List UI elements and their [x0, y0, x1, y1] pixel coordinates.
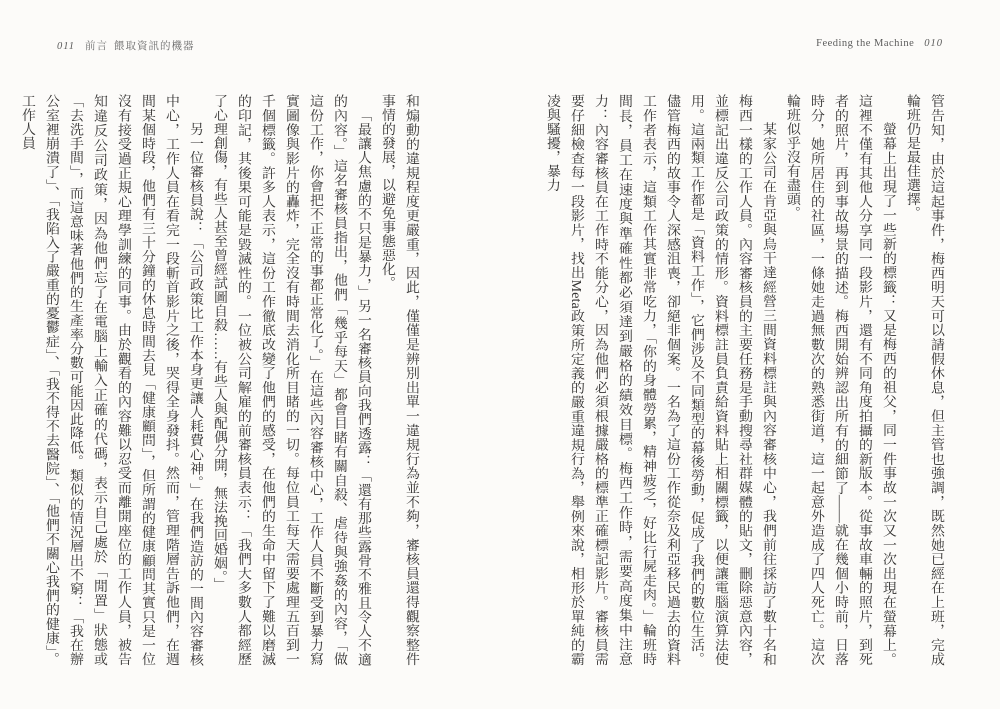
page-number-right: 010: [924, 38, 943, 49]
paragraph: 另一位審核員說：「公司政策比工作本身更讓人耗費心神。」在我們造訪的一間內容審核中…: [14, 94, 206, 666]
paragraph: 「最讓人焦慮的不只是暴力，」另一名審核員向我們透露：「還有那些露骨不雅且令人不適…: [206, 94, 374, 666]
page-number-left: 011: [57, 41, 75, 52]
book-spread: 011前言餵取資訊的機器 和煽動的違規程度更嚴重，因此，僅僅是辨別出單一違規行為…: [0, 0, 1000, 709]
paragraph: 某家公司在肯亞與烏干達經營三間資料標註與內容審核中心，我們前往採訪了數十名和梅西…: [539, 94, 779, 666]
body-text-left: 和煽動的違規程度更嚴重，因此，僅僅是辨別出單一違規行為並不夠，審核員還得觀察整件…: [50, 94, 422, 666]
running-head-left: 011前言餵取資訊的機器: [57, 38, 194, 53]
paragraph-continuation: 管告知，由於這起事件，梅西明天可以請假休息，但主管也強調，既然她已經在上班，完成…: [899, 94, 947, 666]
body-text-right: 管告知，由於這起事件，梅西明天可以請假休息，但主管也強調，既然她已經在上班，完成…: [565, 94, 947, 666]
book-title-en: Feeding the Machine: [816, 38, 914, 49]
running-head-right: Feeding the Machine010: [816, 38, 943, 49]
paragraph: 螢幕上出現了一些新的標籤：又是梅西的祖父，同一件事故一次又一次出現在螢幕上。這裡…: [779, 94, 899, 666]
section-label: 前言: [85, 41, 108, 52]
book-title-zh: 餵取資訊的機器: [114, 41, 195, 52]
paragraph-continuation: 和煽動的違規程度更嚴重，因此，僅僅是辨別出單一違規行為並不夠，審核員還得觀察整件…: [374, 94, 422, 666]
